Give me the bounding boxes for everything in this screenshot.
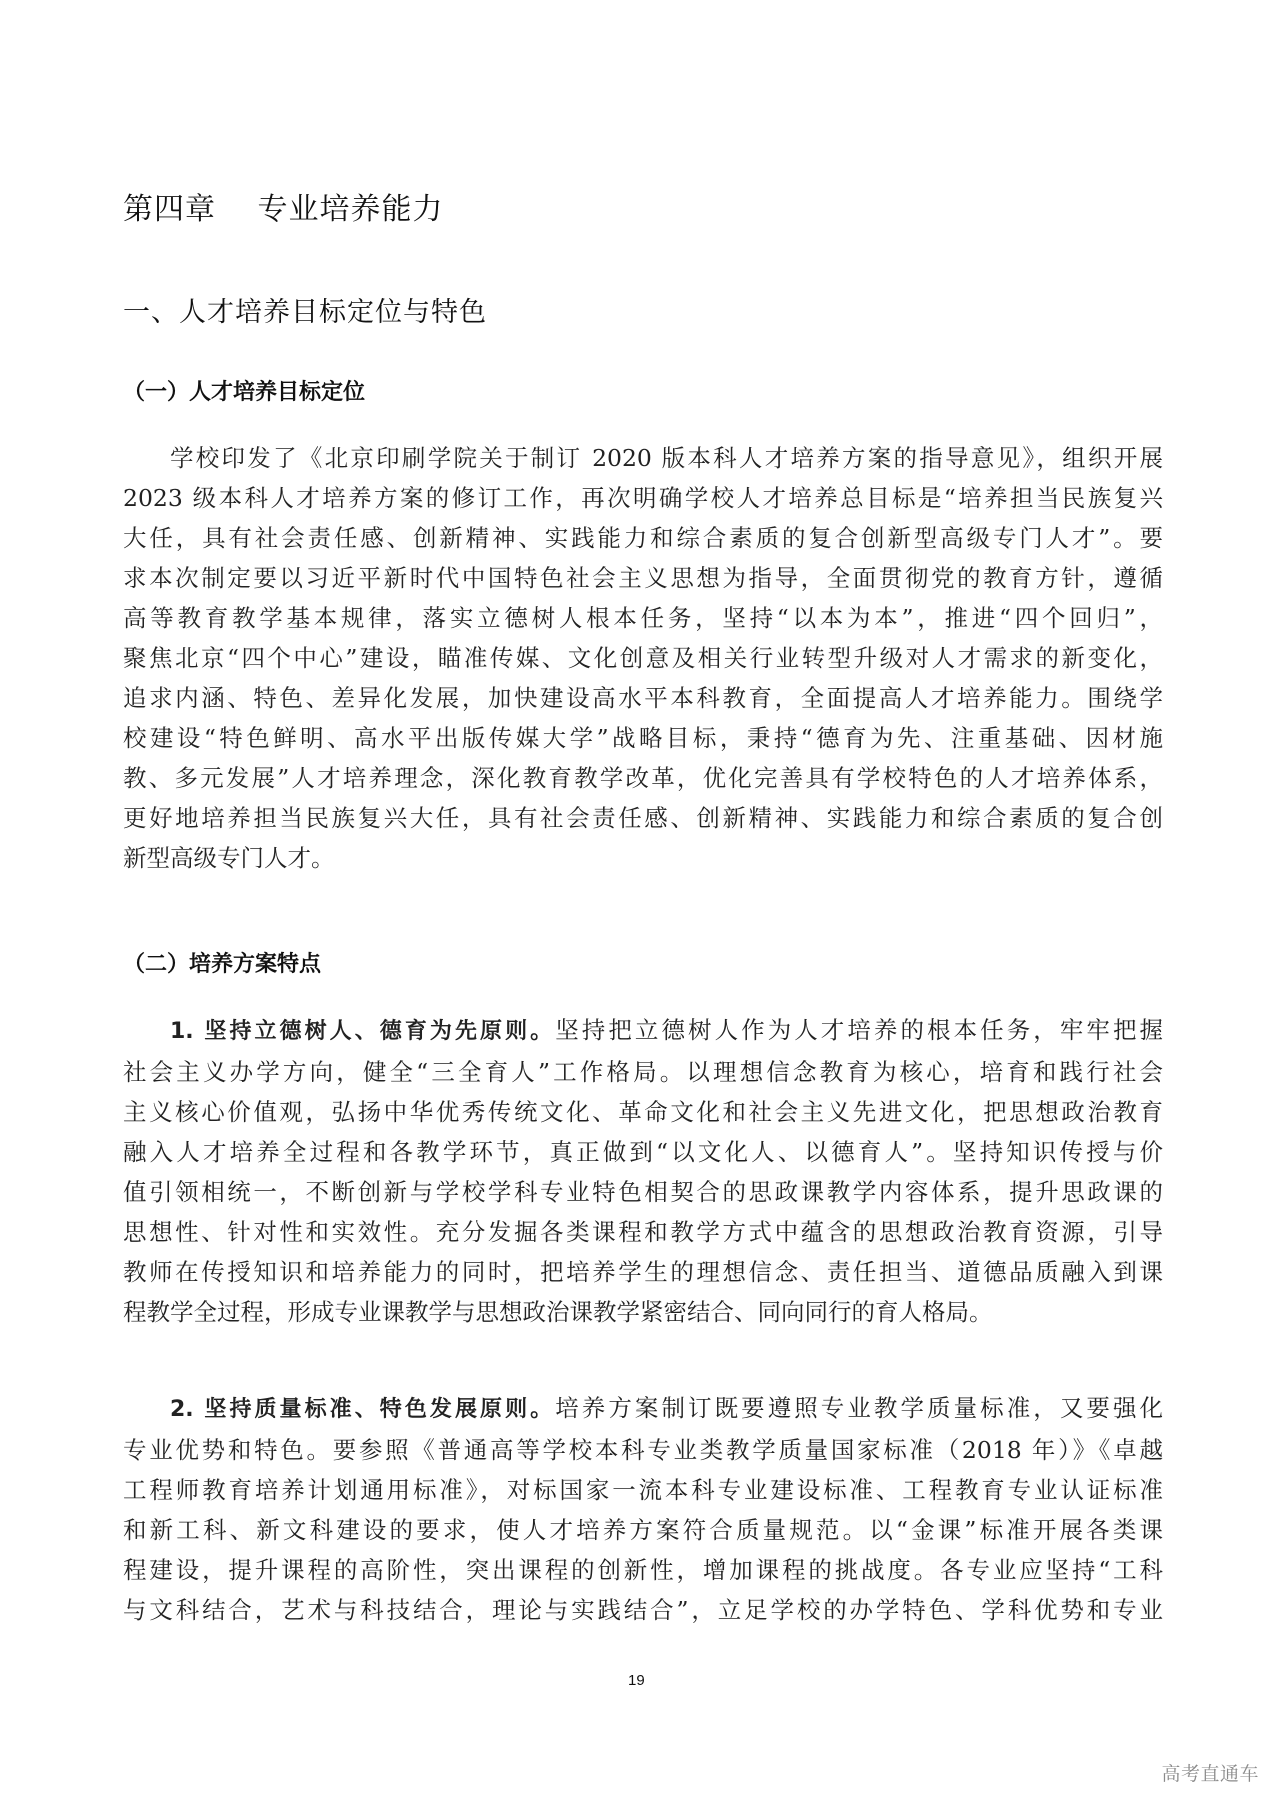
text-line: 专业优势和特色。要参照《普通高等学校本科专业类教学质量国家标准（2018 年）》… [123,1430,1163,1470]
text-line: 求本次制定要以习近平新时代中国特色社会主义思想为指导，全面贯彻党的教育方针，遵循 [123,558,1163,598]
text-line: 和新工科、新文科建设的要求，使人才培养方案符合质量规范。以“金课”标准开展各类课 [123,1510,1163,1550]
watermark: 高考直通车 [1161,1759,1259,1786]
paragraph-principle-2: 2. 坚持质量标准、特色发展原则。培养方案制订既要遵照专业教学质量标准，又要强化… [123,1388,1163,1630]
text-line: 2023 级本科人才培养方案的修订工作，再次明确学校人才培养总目标是“培养担当民… [123,478,1163,518]
text-line: 思想性、针对性和实效性。充分发掘各类课程和教学方式中蕴含的思想政治教育资源，引导 [123,1212,1163,1252]
text-line: 教师在传授知识和培养能力的同时，把培养学生的理想信念、责任担当、道德品质融入到课 [123,1252,1163,1292]
text-line: 新型高级专门人才。 [123,838,1163,878]
text-line: 社会主义办学方向，健全“三全育人”工作格局。以理想信念教育为核心，培育和践行社会 [123,1052,1163,1092]
chapter-title: 第四章 专业培养能力 [123,184,444,228]
text-line: 追求内涵、特色、差异化发展，加快建设高水平本科教育，全面提高人才培养能力。围绕学 [123,678,1163,718]
text-line: 1. 坚持立德树人、德育为先原则。坚持把立德树人作为人才培养的根本任务，牢牢把握 [123,1010,1163,1052]
principle-lead: 1. 坚持立德树人、德育为先原则。 [170,1019,555,1044]
principle-lead: 2. 坚持质量标准、特色发展原则。 [170,1397,555,1422]
page-number: 19 [628,1672,645,1689]
paragraph-training-goal: 学校印发了《北京印刷学院关于制订 2020 版本科人才培养方案的指导意见》，组织… [123,438,1163,878]
text-line: 与文科结合，艺术与科技结合，理论与实践结合”，立足学校的办学特色、学科优势和专业 [123,1590,1163,1630]
text-line: 工程师教育培养计划通用标准》，对标国家一流本科专业建设标准、工程教育专业认证标准 [123,1470,1163,1510]
text-line: 大任，具有社会责任感、创新精神、实践能力和综合素质的复合创新型高级专门人才”。要 [123,518,1163,558]
section-title: 一、人才培养目标定位与特色 [123,290,487,329]
text-line: 程教学全过程，形成专业课教学与思想政治课教学紧密结合、同向同行的育人格局。 [123,1292,1163,1332]
text-line: 聚焦北京“四个中心”建设，瞄准传媒、文化创意及相关行业转型升级对人才需求的新变化… [123,638,1163,678]
text-line: 融入人才培养全过程和各教学环节，真正做到“以文化人、以德育人”。坚持知识传授与价 [123,1132,1163,1172]
text-line: 校建设“特色鲜明、高水平出版传媒大学”战略目标，秉持“德育为先、注重基础、因材施 [123,718,1163,758]
text-line: 值引领相统一，不断创新与学校学科专业特色相契合的思政课教学内容体系，提升思政课的 [123,1172,1163,1212]
text-line: 学校印发了《北京印刷学院关于制订 2020 版本科人才培养方案的指导意见》，组织… [123,438,1163,478]
subsection-title-2: （二）培养方案特点 [123,947,321,978]
document-page: 第四章 专业培养能力 一、人才培养目标定位与特色 （一）人才培养目标定位 学校印… [0,0,1280,1810]
text-run: 坚持把立德树人作为人才培养的根本任务，牢牢把握 [555,1016,1163,1044]
text-line: 高等教育教学基本规律，落实立德树人根本任务，坚持“以本为本”，推进“四个回归”， [123,598,1163,638]
text-line: 教、多元发展”人才培养理念，深化教育教学改革，优化完善具有学校特色的人才培养体系… [123,758,1163,798]
paragraph-principle-1: 1. 坚持立德树人、德育为先原则。坚持把立德树人作为人才培养的根本任务，牢牢把握… [123,1010,1163,1332]
text-line: 2. 坚持质量标准、特色发展原则。培养方案制订既要遵照专业教学质量标准，又要强化 [123,1388,1163,1430]
text-line: 程建设，提升课程的高阶性，突出课程的创新性，增加课程的挑战度。各专业应坚持“工科 [123,1550,1163,1590]
text-line: 更好地培养担当民族复兴大任，具有社会责任感、创新精神、实践能力和综合素质的复合创 [123,798,1163,838]
text-run: 培养方案制订既要遵照专业教学质量标准，又要强化 [555,1394,1163,1422]
text-line: 主义核心价值观，弘扬中华优秀传统文化、革命文化和社会主义先进文化，把思想政治教育 [123,1092,1163,1132]
subsection-title-1: （一）人才培养目标定位 [123,375,365,406]
